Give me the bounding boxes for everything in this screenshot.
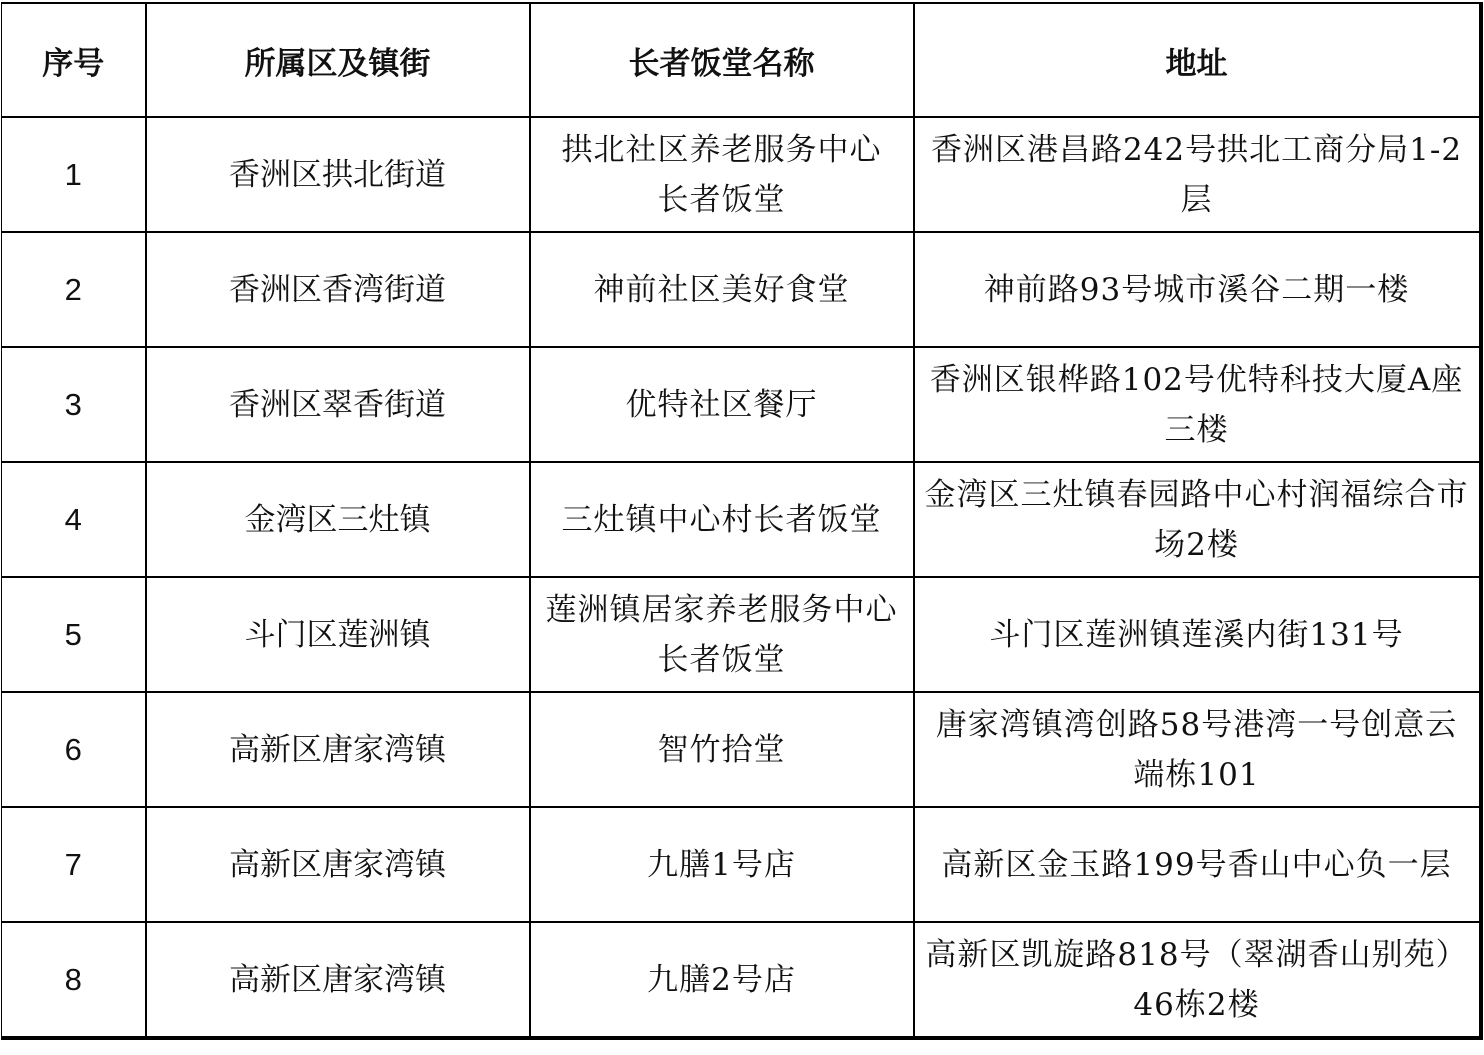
- header-canteen-name: 长者饭堂名称: [530, 3, 914, 117]
- cell-canteen-name: 智竹拾堂: [530, 692, 914, 807]
- canteen-name-text: 神前社区美好食堂: [537, 265, 907, 315]
- cell-district: 高新区唐家湾镇: [146, 922, 530, 1038]
- canteen-name-text: 三灶镇中心村长者饭堂: [537, 495, 907, 545]
- cell-address: 香洲区银桦路102号优特科技大厦A座三楼: [914, 347, 1481, 462]
- table-row: 6 高新区唐家湾镇 智竹拾堂 唐家湾镇湾创路58号港湾一号创意云端栋101: [2, 692, 1481, 807]
- document-page: 序号 所属区及镇街 长者饭堂名称 地址 1 香洲区拱北街道 拱北社区养老服务中心…: [0, 0, 1484, 1055]
- address-text: 金湾区三灶镇春园路中心村润福综合市场2楼: [921, 470, 1473, 570]
- table-header-row: 序号 所属区及镇街 长者饭堂名称 地址: [2, 3, 1481, 117]
- canteen-name-text: 九膳1号店: [537, 840, 907, 890]
- cell-canteen-name: 三灶镇中心村长者饭堂: [530, 462, 914, 577]
- cell-serial-number: 4: [2, 462, 146, 577]
- table-row: 2 香洲区香湾街道 神前社区美好食堂 神前路93号城市溪谷二期一楼: [2, 232, 1481, 347]
- cell-canteen-name: 莲洲镇居家养老服务中心长者饭堂: [530, 577, 914, 692]
- cell-canteen-name: 九膳1号店: [530, 807, 914, 922]
- cell-serial-number: 2: [2, 232, 146, 347]
- cell-serial-number: 1: [2, 117, 146, 232]
- canteen-name-text: 九膳2号店: [537, 955, 907, 1005]
- address-text: 斗门区莲洲镇莲溪内街131号: [921, 610, 1473, 660]
- address-text: 高新区金玉路199号香山中心负一层: [921, 840, 1473, 890]
- cell-serial-number: 3: [2, 347, 146, 462]
- header-serial-number: 序号: [2, 3, 146, 117]
- address-text: 香洲区银桦路102号优特科技大厦A座三楼: [921, 355, 1473, 455]
- table-row: 5 斗门区莲洲镇 莲洲镇居家养老服务中心长者饭堂 斗门区莲洲镇莲溪内街131号: [2, 577, 1481, 692]
- table-row: 8 高新区唐家湾镇 九膳2号店 高新区凯旋路818号（翠湖香山别苑）46栋2楼: [2, 922, 1481, 1038]
- cell-district: 香洲区拱北街道: [146, 117, 530, 232]
- cell-address: 香洲区港昌路242号拱北工商分局1-2层: [914, 117, 1481, 232]
- cell-district: 高新区唐家湾镇: [146, 692, 530, 807]
- cell-district: 金湾区三灶镇: [146, 462, 530, 577]
- cell-address: 高新区金玉路199号香山中心负一层: [914, 807, 1481, 922]
- canteen-name-text: 莲洲镇居家养老服务中心长者饭堂: [537, 585, 907, 685]
- cell-canteen-name: 拱北社区养老服务中心长者饭堂: [530, 117, 914, 232]
- cell-address: 神前路93号城市溪谷二期一楼: [914, 232, 1481, 347]
- table-row: 1 香洲区拱北街道 拱北社区养老服务中心长者饭堂 香洲区港昌路242号拱北工商分…: [2, 117, 1481, 232]
- table-row: 4 金湾区三灶镇 三灶镇中心村长者饭堂 金湾区三灶镇春园路中心村润福综合市场2楼: [2, 462, 1481, 577]
- canteen-name-text: 智竹拾堂: [537, 725, 907, 775]
- elderly-canteen-table: 序号 所属区及镇街 长者饭堂名称 地址 1 香洲区拱北街道 拱北社区养老服务中心…: [1, 2, 1483, 1040]
- canteen-name-text: 优特社区餐厅: [537, 380, 907, 430]
- cell-district: 高新区唐家湾镇: [146, 807, 530, 922]
- cell-canteen-name: 九膳2号店: [530, 922, 914, 1038]
- table-row: 3 香洲区翠香街道 优特社区餐厅 香洲区银桦路102号优特科技大厦A座三楼: [2, 347, 1481, 462]
- header-address: 地址: [914, 3, 1481, 117]
- cell-serial-number: 7: [2, 807, 146, 922]
- address-text: 高新区凯旋路818号（翠湖香山别苑）46栋2楼: [921, 930, 1473, 1030]
- address-text: 唐家湾镇湾创路58号港湾一号创意云端栋101: [921, 700, 1473, 800]
- cell-address: 唐家湾镇湾创路58号港湾一号创意云端栋101: [914, 692, 1481, 807]
- cell-district: 斗门区莲洲镇: [146, 577, 530, 692]
- cell-serial-number: 8: [2, 922, 146, 1038]
- cell-district: 香洲区香湾街道: [146, 232, 530, 347]
- address-text: 香洲区港昌路242号拱北工商分局1-2层: [929, 125, 1465, 225]
- canteen-name-text: 拱北社区养老服务中心长者饭堂: [561, 125, 883, 225]
- cell-district: 香洲区翠香街道: [146, 347, 530, 462]
- cell-serial-number: 5: [2, 577, 146, 692]
- cell-address: 高新区凯旋路818号（翠湖香山别苑）46栋2楼: [914, 922, 1481, 1038]
- cell-canteen-name: 优特社区餐厅: [530, 347, 914, 462]
- cell-address: 金湾区三灶镇春园路中心村润福综合市场2楼: [914, 462, 1481, 577]
- header-district-town: 所属区及镇街: [146, 3, 530, 117]
- table-row: 7 高新区唐家湾镇 九膳1号店 高新区金玉路199号香山中心负一层: [2, 807, 1481, 922]
- cell-serial-number: 6: [2, 692, 146, 807]
- cell-address: 斗门区莲洲镇莲溪内街131号: [914, 577, 1481, 692]
- address-text: 神前路93号城市溪谷二期一楼: [921, 265, 1473, 315]
- cell-canteen-name: 神前社区美好食堂: [530, 232, 914, 347]
